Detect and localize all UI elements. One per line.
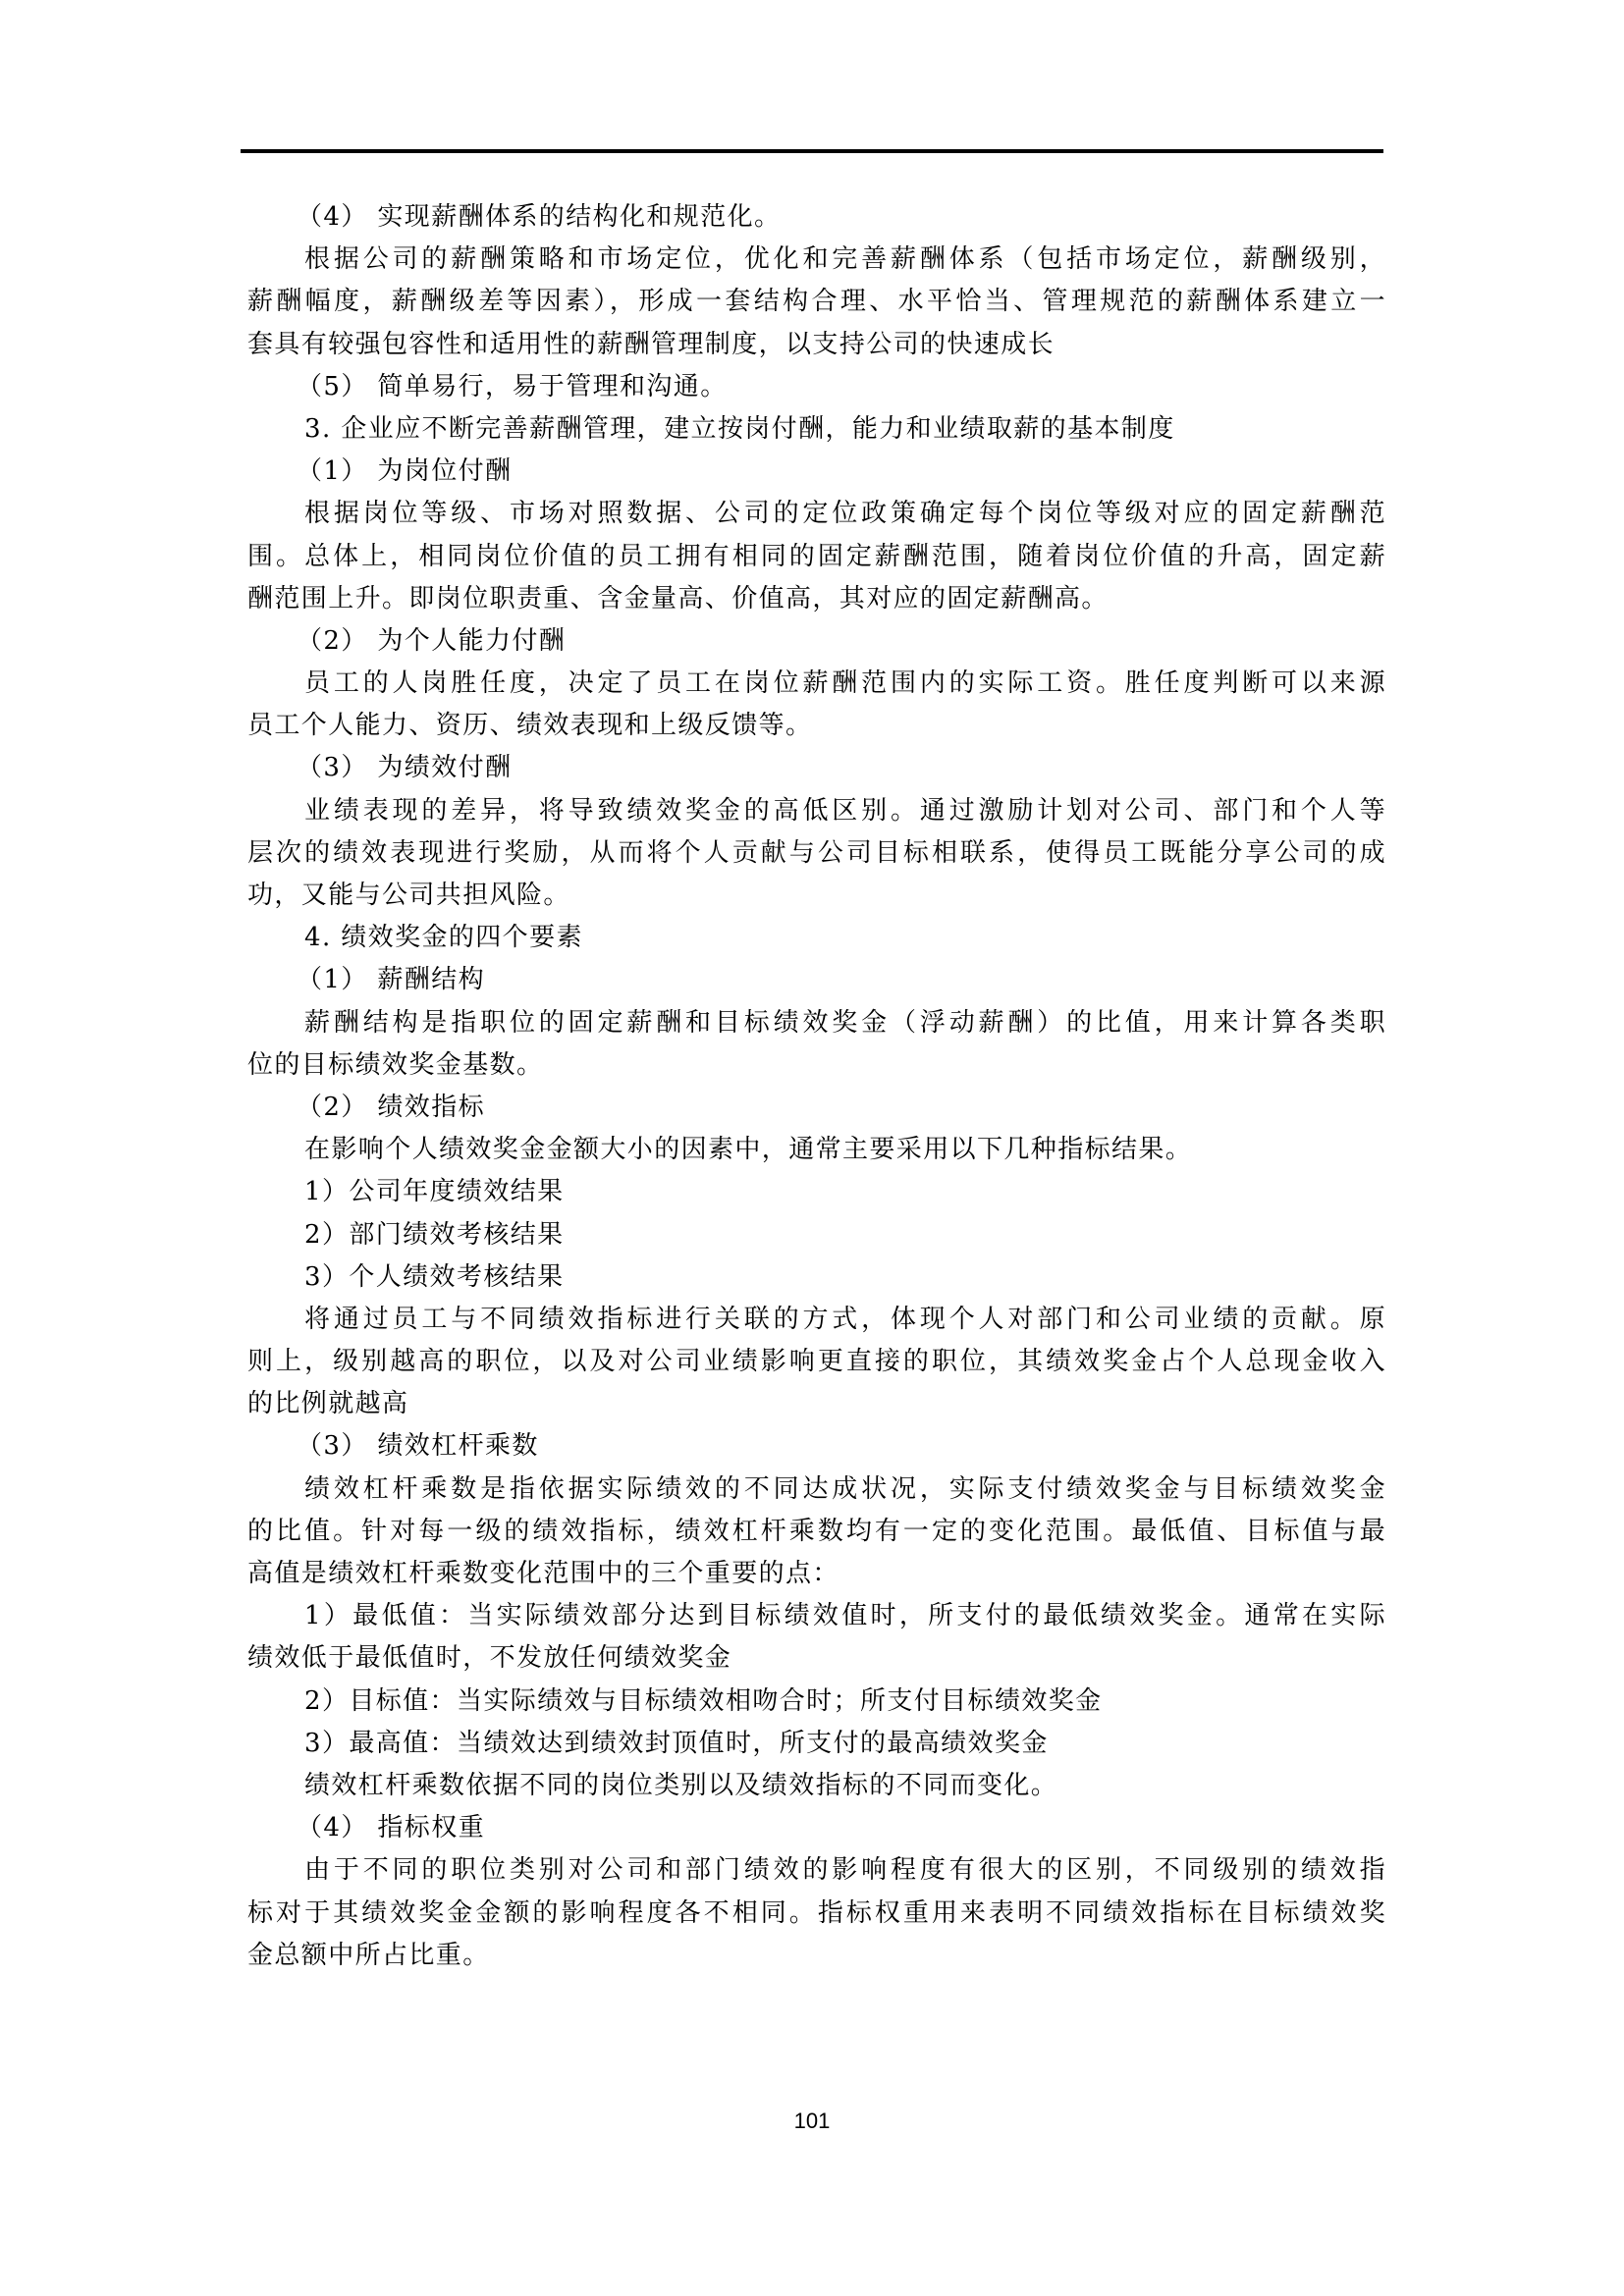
header-rule bbox=[241, 149, 1383, 153]
page-number: 101 bbox=[0, 2109, 1624, 2134]
paragraph-line: 层次的绩效表现进行奖励，从而将个人贡献与公司目标相联系，使得员工既能分享公司的成 bbox=[247, 832, 1386, 875]
paragraph-line: 根据公司的薪酬策略和市场定位，优化和完善薪酬体系（包括市场定位，薪酬级别， bbox=[247, 239, 1386, 281]
paragraph-line: 的比例就越高 bbox=[247, 1383, 1386, 1425]
paragraph-line: 将通过员工与不同绩效指标进行关联的方式，体现个人对部门和公司业绩的贡献。原 bbox=[247, 1299, 1386, 1341]
subheading-3-pay-for-performance: （3） 为绩效付酬 bbox=[247, 747, 1386, 789]
subheading-2-pay-for-ability: （2） 为个人能力付酬 bbox=[247, 620, 1386, 663]
section-heading-3: 3. 企业应不断完善薪酬管理，建立按岗付酬，能力和业绩取薪的基本制度 bbox=[247, 408, 1386, 451]
paragraph-line: 套具有较强包容性和适用性的薪酬管理制度，以支持公司的快速成长 bbox=[247, 324, 1386, 366]
section-heading-4: 4. 绩效奖金的四个要素 bbox=[247, 917, 1386, 959]
paragraph-line: 在影响个人绩效奖金金额大小的因素中，通常主要采用以下几种指标结果。 bbox=[247, 1129, 1386, 1171]
paragraph-line: 绩效杠杆乘数依据不同的岗位类别以及绩效指标的不同而变化。 bbox=[247, 1765, 1386, 1807]
paragraph-line: 的比值。针对每一级的绩效指标，绩效杠杆乘数均有一定的变化范围。最低值、目标值与最 bbox=[247, 1511, 1386, 1553]
paragraph-line: 绩效杠杆乘数是指依据实际绩效的不同达成状况，实际支付绩效奖金与目标绩效奖金 bbox=[247, 1468, 1386, 1511]
page-body: （4） 实现薪酬体系的结构化和规范化。 根据公司的薪酬策略和市场定位，优化和完善… bbox=[247, 196, 1386, 1977]
paragraph-line: 薪酬结构是指职位的固定薪酬和目标绩效奖金（浮动薪酬）的比值，用来计算各类职 bbox=[247, 1002, 1386, 1044]
paragraph-line: 绩效低于最低值时，不发放任何绩效奖金 bbox=[247, 1637, 1386, 1680]
list-item: 2）部门绩效考核结果 bbox=[247, 1214, 1386, 1256]
paragraph-line: 根据岗位等级、市场对照数据、公司的定位政策确定每个岗位等级对应的固定薪酬范 bbox=[247, 493, 1386, 535]
paragraph-line: 薪酬幅度，薪酬级差等因素），形成一套结构合理、水平恰当、管理规范的薪酬体系建立一 bbox=[247, 281, 1386, 323]
paragraph-line: 则上，级别越高的职位，以及对公司业绩影响更直接的职位，其绩效奖金占个人总现金收入 bbox=[247, 1341, 1386, 1383]
list-item: 3）最高值：当绩效达到绩效封顶值时，所支付的最高绩效奖金 bbox=[247, 1723, 1386, 1765]
subheading-4-indicator-weight: （4） 指标权重 bbox=[247, 1807, 1386, 1849]
paragraph-line: 员工个人能力、资历、绩效表现和上级反馈等。 bbox=[247, 705, 1386, 747]
paragraph-line: 金总额中所占比重。 bbox=[247, 1935, 1386, 1977]
paragraph-line: 高值是绩效杠杆乘数变化范围中的三个重要的点： bbox=[247, 1553, 1386, 1595]
list-item: 3）个人绩效考核结果 bbox=[247, 1256, 1386, 1299]
paragraph-line: 由于不同的职位类别对公司和部门绩效的影响程度有很大的区别，不同级别的绩效指 bbox=[247, 1849, 1386, 1892]
subheading-1-pay-for-position: （1） 为岗位付酬 bbox=[247, 451, 1386, 493]
subheading-3-leverage-multiplier: （3） 绩效杠杆乘数 bbox=[247, 1425, 1386, 1468]
list-item: 2）目标值：当实际绩效与目标绩效相吻合时；所支付目标绩效奖金 bbox=[247, 1681, 1386, 1723]
paragraph-line: 标对于其绩效奖金金额的影响程度各不相同。指标权重用来表明不同绩效指标在目标绩效奖 bbox=[247, 1893, 1386, 1935]
paragraph-line: 功，又能与公司共担风险。 bbox=[247, 875, 1386, 917]
paragraph-line: 业绩表现的差异，将导致绩效奖金的高低区别。通过激励计划对公司、部门和个人等 bbox=[247, 790, 1386, 832]
paragraph-line: 位的目标绩效奖金基数。 bbox=[247, 1044, 1386, 1087]
paragraph-line: 围。总体上，相同岗位价值的员工拥有相同的固定薪酬范围，随着岗位价值的升高，固定薪 bbox=[247, 536, 1386, 578]
paragraph-line: 员工的人岗胜任度，决定了员工在岗位薪酬范围内的实际工资。胜任度判断可以来源 bbox=[247, 663, 1386, 705]
list-item: 1）公司年度绩效结果 bbox=[247, 1171, 1386, 1213]
paragraph-line: 酬范围上升。即岗位职责重、含金量高、价值高，其对应的固定薪酬高。 bbox=[247, 578, 1386, 620]
subheading-4-structure: （4） 实现薪酬体系的结构化和规范化。 bbox=[247, 196, 1386, 239]
subheading-5-simple: （5） 简单易行，易于管理和沟通。 bbox=[247, 366, 1386, 408]
subheading-1-pay-structure: （1） 薪酬结构 bbox=[247, 959, 1386, 1001]
list-item: 1）最低值：当实际绩效部分达到目标绩效值时，所支付的最低绩效奖金。通常在实际 bbox=[247, 1595, 1386, 1637]
subheading-2-performance-indicators: （2） 绩效指标 bbox=[247, 1087, 1386, 1129]
